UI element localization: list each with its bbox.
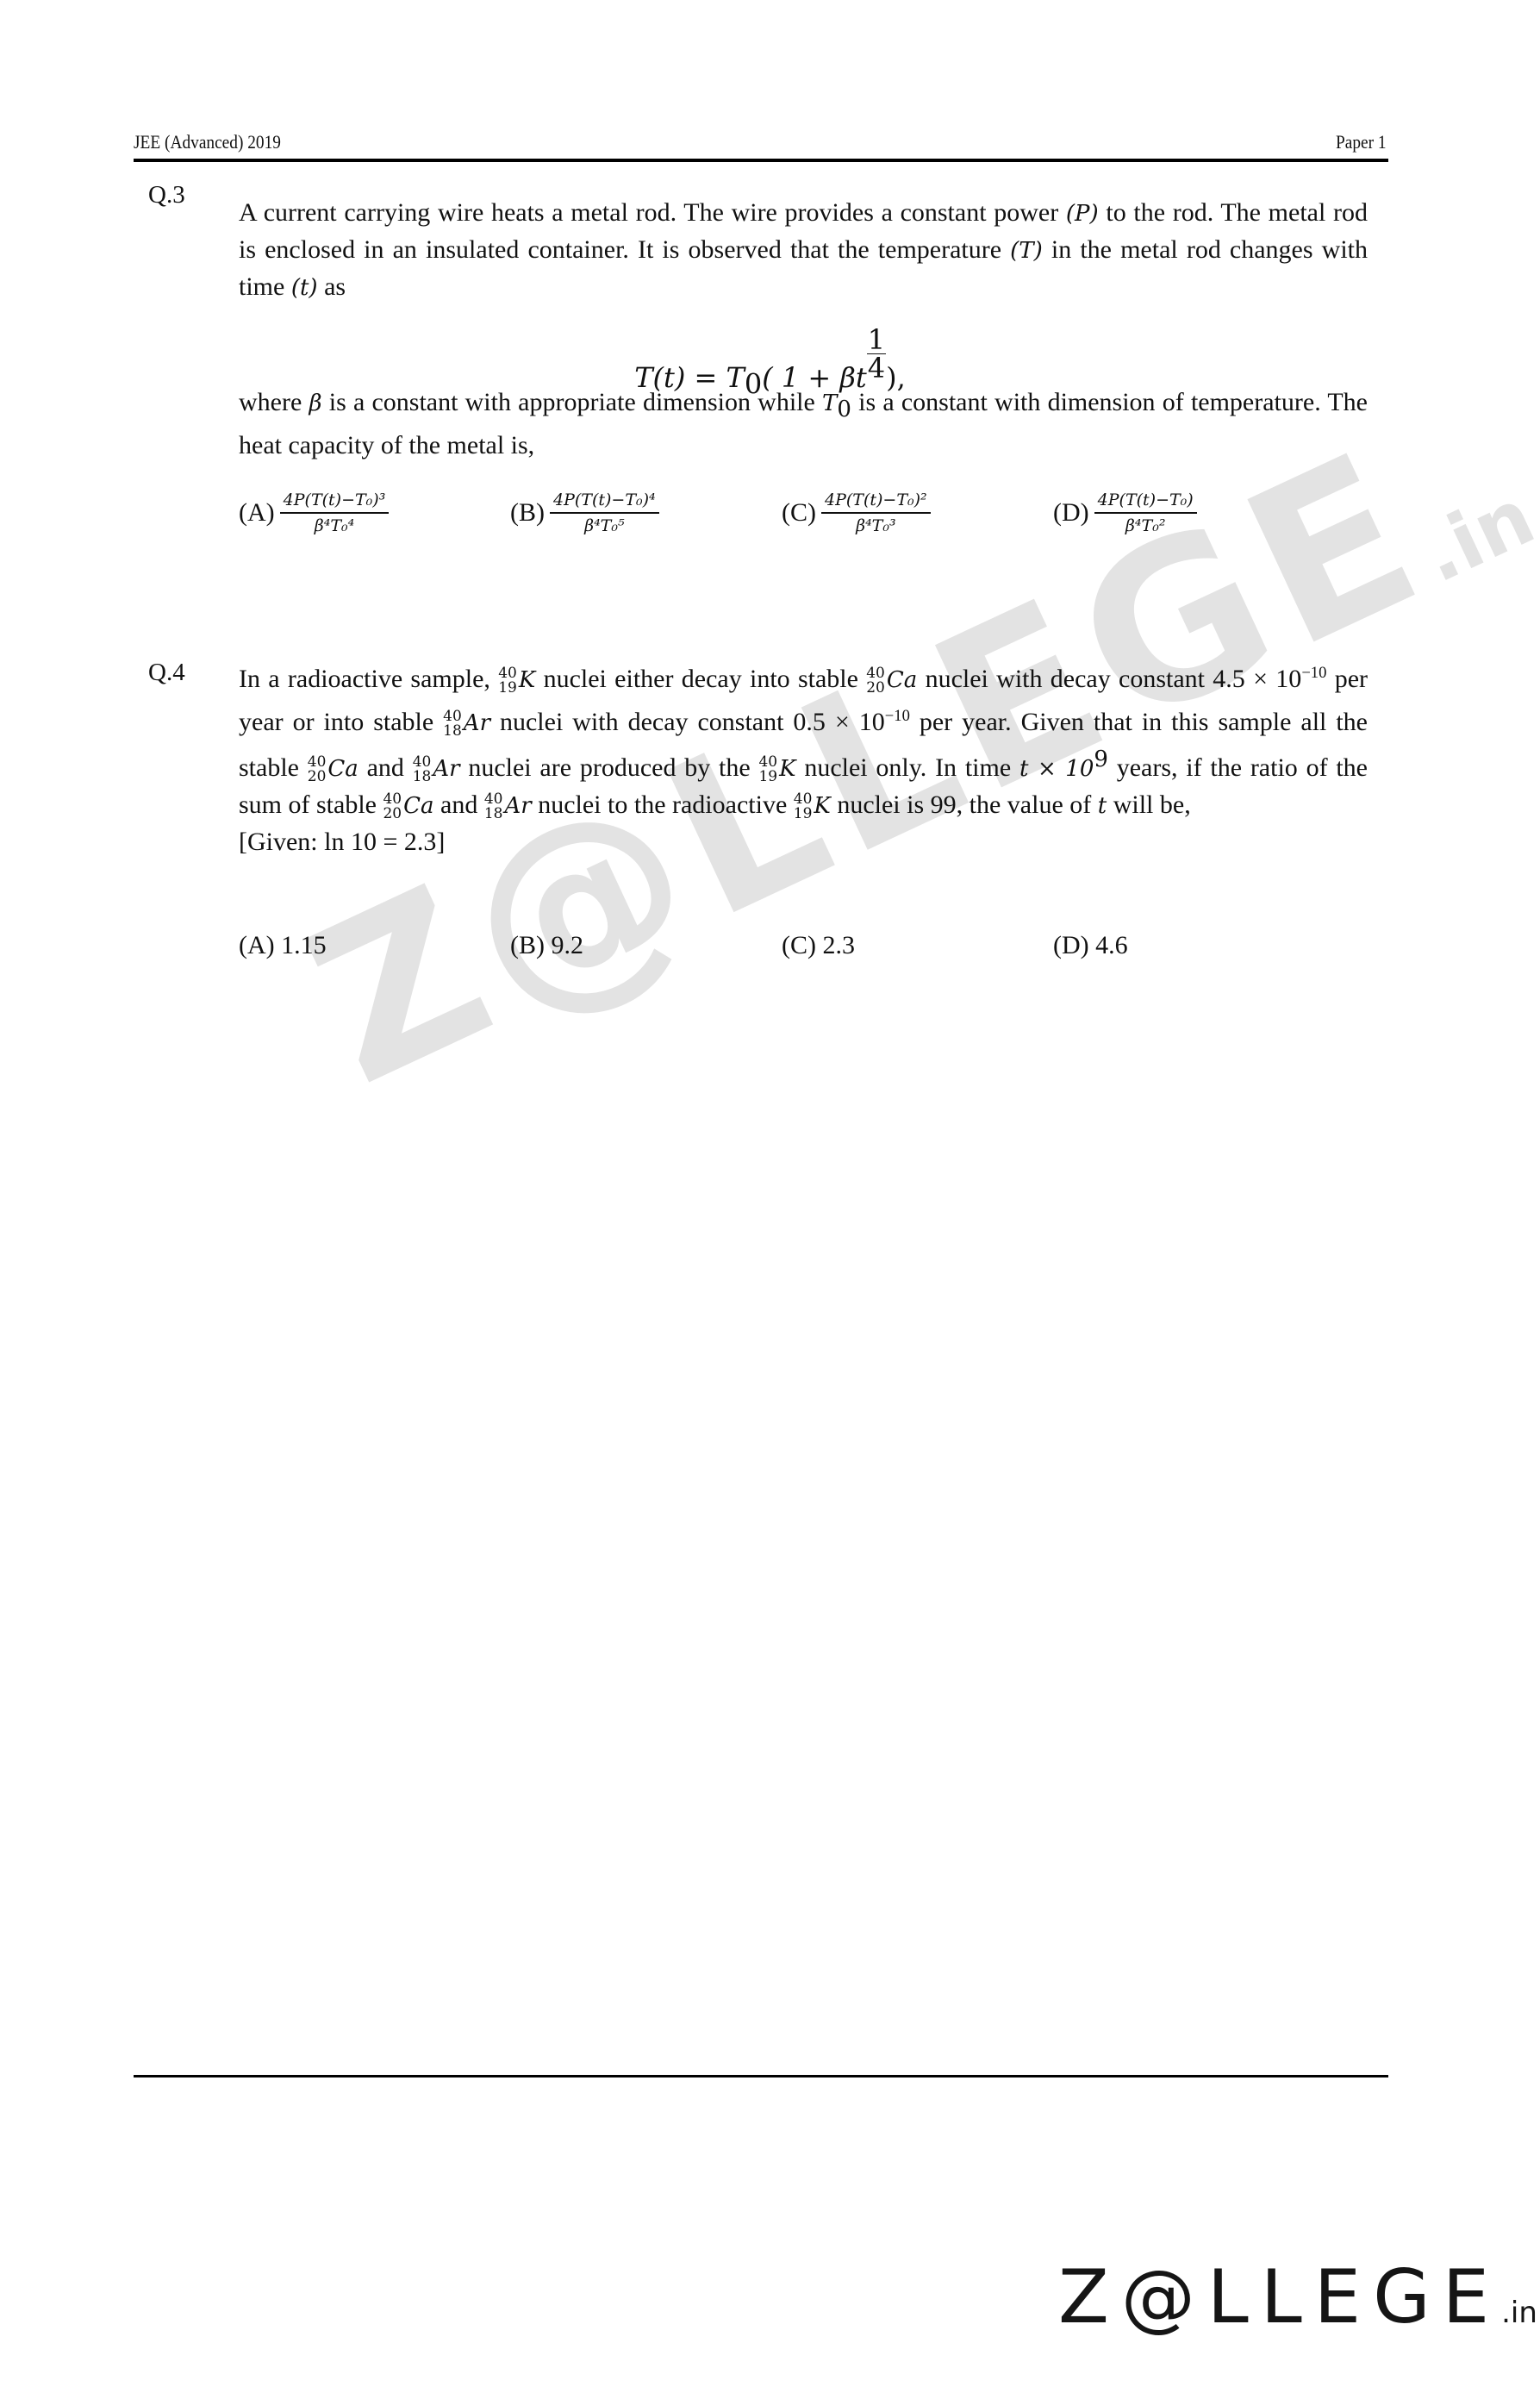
header-paper-number: Paper 1 [1336,131,1387,153]
header-rule [134,159,1388,162]
q3-option-b[interactable]: (B)4P(T(t)−T₀)⁴β⁴T₀⁵ [510,490,782,536]
q3-option-a[interactable]: (A)4P(T(t)−T₀)³β⁴T₀⁴ [239,490,510,536]
q4-option-b[interactable]: (B) 9.2 [510,931,782,960]
q3-text-continued: where β is a constant with appropriate d… [239,384,1368,464]
q3-option-d[interactable]: (D)4P(T(t)−T₀)β⁴T₀² [1053,490,1325,536]
q4-given: [Given: ln 10 = 2.3] [239,828,445,856]
q4-option-d[interactable]: (D) 4.6 [1053,931,1325,960]
q3-options: (A)4P(T(t)−T₀)³β⁴T₀⁴ (B)4P(T(t)−T₀)⁴β⁴T₀… [239,490,1376,536]
nuclide-ar: 4018 [443,709,462,739]
q4-option-c[interactable]: (C) 2.3 [782,931,1053,960]
nuclide-ca: 4020 [866,666,885,696]
q3-option-c[interactable]: (C)4P(T(t)−T₀)²β⁴T₀³ [782,490,1053,536]
header-exam-title: JEE (Advanced) 2019 [134,131,281,153]
footer-rule [134,2075,1388,2077]
q3-text: A current carrying wire heats a metal ro… [239,195,1368,306]
q4-text: In a radioactive sample, 4019K nuclei ei… [239,655,1368,860]
q4-option-a[interactable]: (A) 1.15 [239,931,510,960]
zollege-logo: Z@LLEGE.in [1058,2254,1537,2340]
q4-options: (A) 1.15 (B) 9.2 (C) 2.3 (D) 4.6 [239,931,1376,960]
q4-number: Q.4 [148,659,185,687]
q3-number: Q.3 [148,181,185,209]
nuclide-k: 4019 [498,666,517,696]
